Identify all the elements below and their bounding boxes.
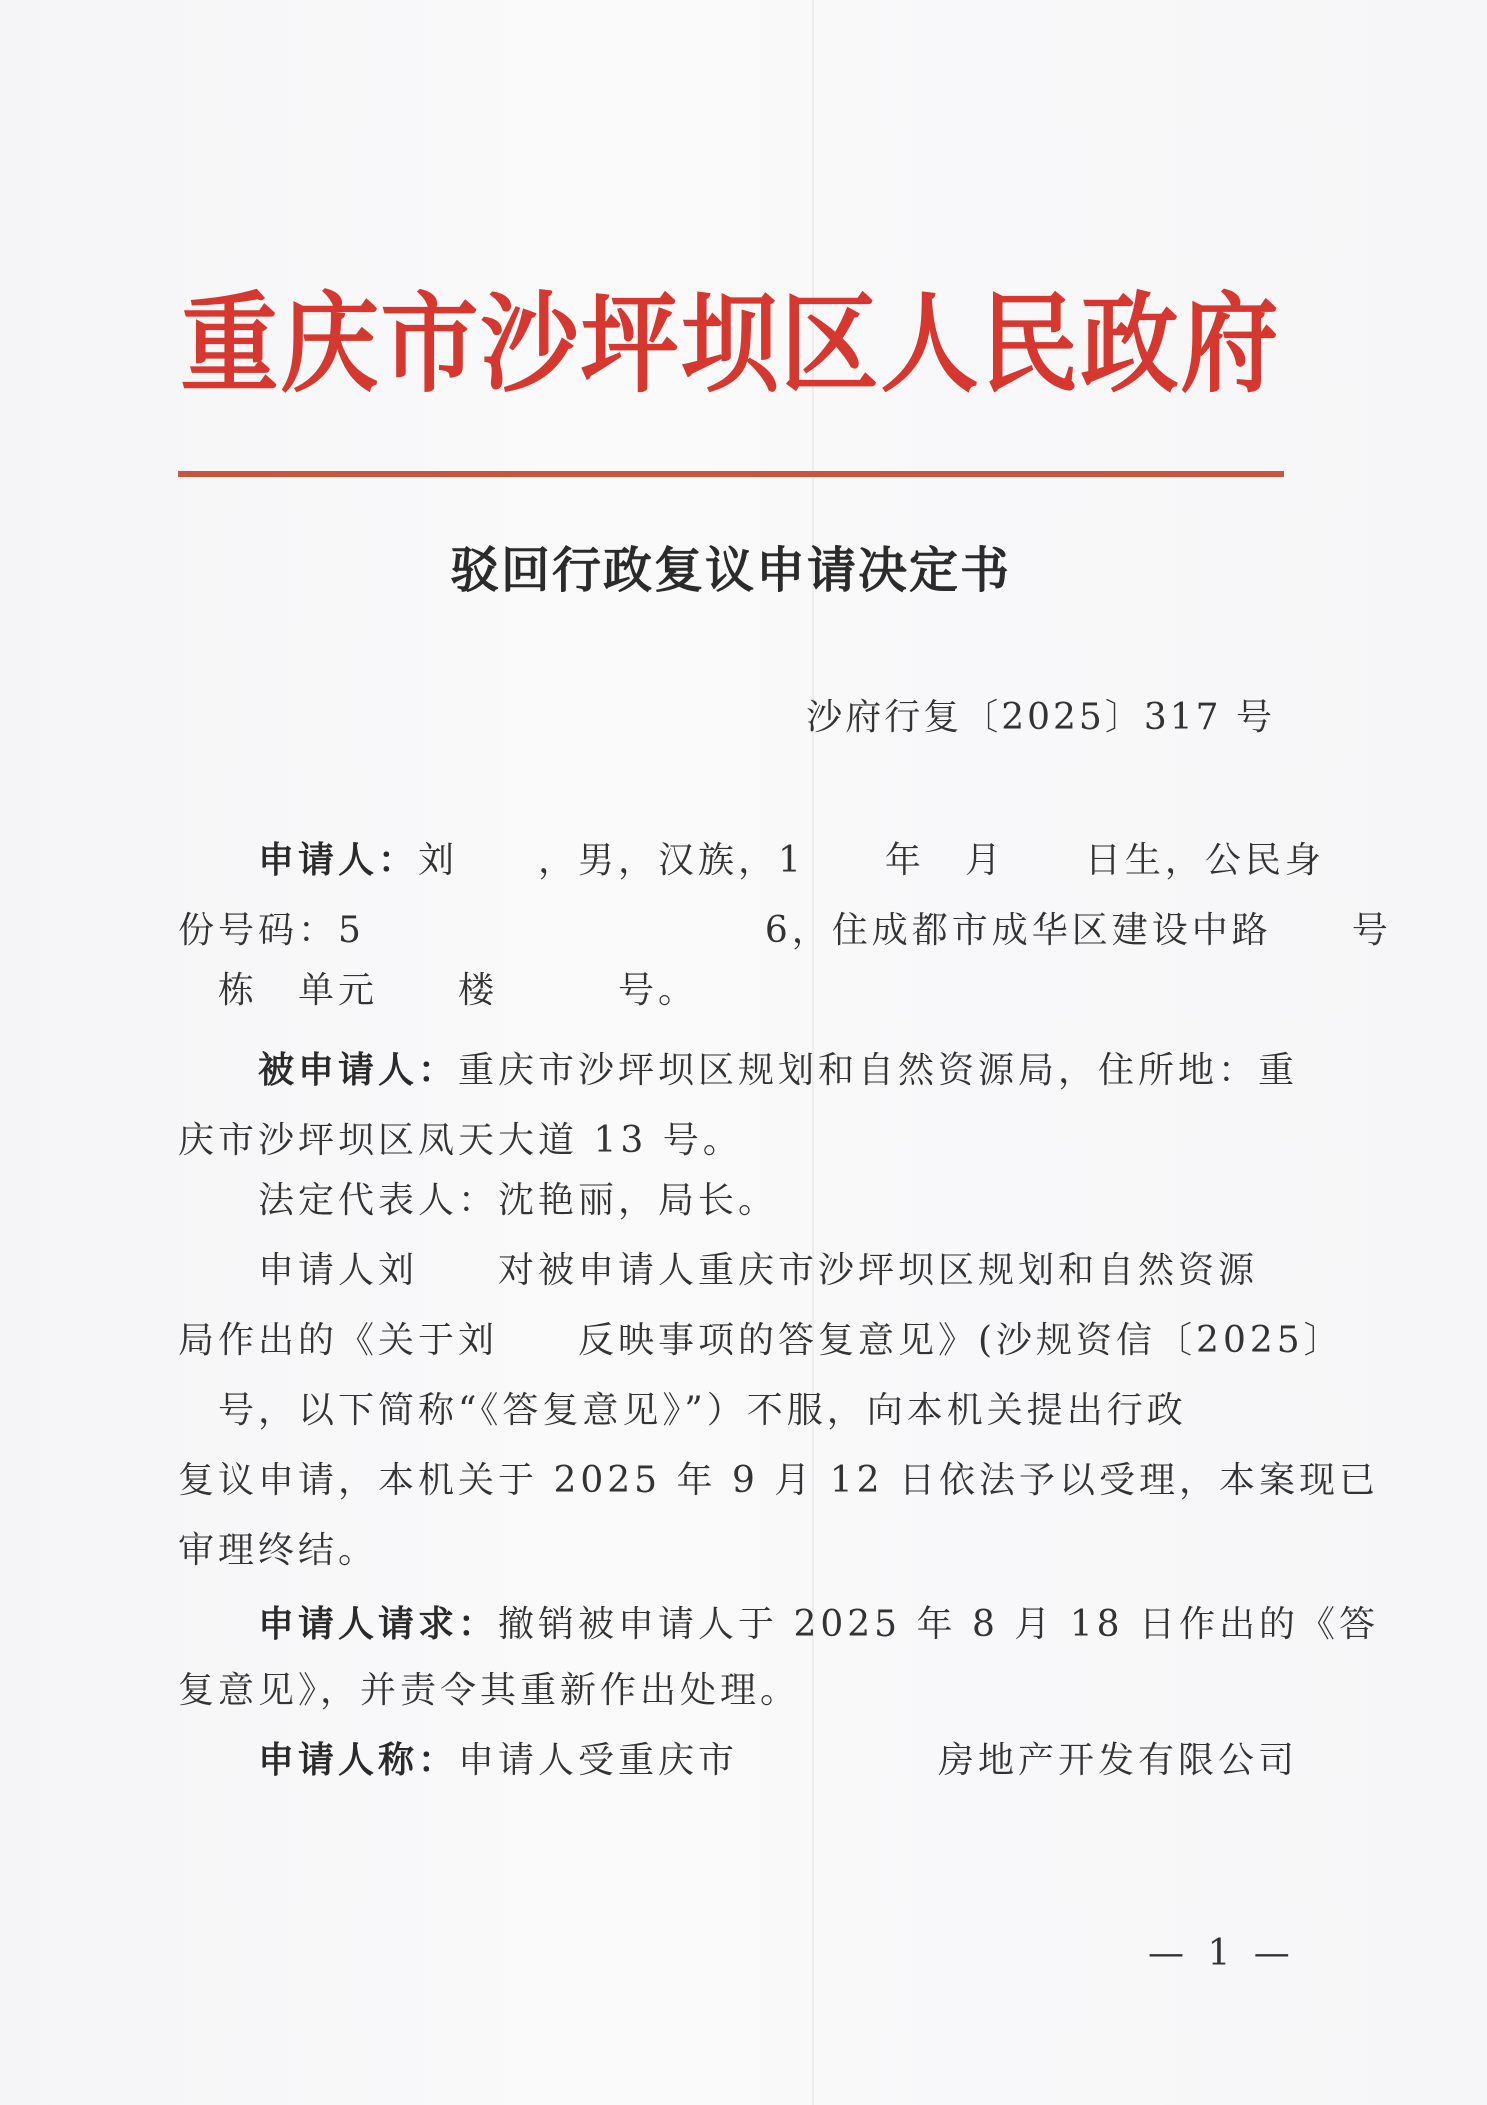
claims-text: 申请人受重庆市 房地产开发有限公司 <box>458 1740 1298 1781</box>
claims-line-1: 申请人称：申请人受重庆市 房地产开发有限公司 <box>178 1736 1298 1786</box>
claims-label: 申请人称： <box>258 1740 458 1781</box>
request-label: 申请人请求： <box>258 1604 498 1645</box>
respondent-text: 重庆市沙坪坝区规划和自然资源局，住所地：重 <box>458 1050 1298 1091</box>
request-text: 撤销被申请人于 2025 年 8 月 18 日作出的《答 <box>498 1604 1379 1645</box>
applicant-text: 刘 ，男，汉族，1 年 月 日生，公民身 <box>418 840 1325 881</box>
respondent-line-1: 被申请人：重庆市沙坪坝区规划和自然资源局，住所地：重 <box>178 1046 1298 1096</box>
respondent-line-2: 庆市沙坪坝区凤天大道 13 号。 <box>178 1116 743 1166</box>
page-number: — 1 — <box>1148 1933 1296 1974</box>
respondent-label: 被申请人： <box>258 1050 458 1091</box>
case-intro-line-1: 申请人刘 对被申请人重庆市沙坪坝区规划和自然资源 <box>178 1246 1258 1296</box>
document-page: 重庆市沙坪坝区人民政府 驳回行政复议申请决定书 沙府行复〔2025〕317 号 … <box>0 0 1487 2105</box>
applicant-label: 申请人： <box>258 840 418 881</box>
document-body: 申请人：刘 ，男，汉族，1 年 月 日生，公民身 份号码：5 6，住成都市成华区… <box>178 0 1283 2105</box>
applicant-line-1: 申请人：刘 ，男，汉族，1 年 月 日生，公民身 <box>178 836 1325 886</box>
case-intro-line-2: 局作出的《关于刘 反映事项的答复意见》(沙规资信〔2025〕 <box>178 1316 1344 1366</box>
legal-representative-line: 法定代表人：沈艳丽，局长。 <box>178 1176 778 1226</box>
applicant-line-3: 栋 单元 楼 号。 <box>178 966 698 1016</box>
case-intro-line-4: 复议申请，本机关于 2025 年 9 月 12 日依法予以受理，本案现已 <box>178 1456 1379 1506</box>
request-line-1: 申请人请求：撤销被申请人于 2025 年 8 月 18 日作出的《答 <box>178 1600 1379 1650</box>
applicant-line-2: 份号码：5 6，住成都市成华区建设中路 号 <box>178 906 1392 956</box>
request-line-2: 复意见》，并责令其重新作出处理。 <box>178 1666 800 1716</box>
case-intro-line-5: 审理终结。 <box>178 1526 378 1576</box>
case-intro-line-3: 号，以下简称“《答复意见》”）不服，向本机关提出行政 <box>178 1386 1187 1436</box>
